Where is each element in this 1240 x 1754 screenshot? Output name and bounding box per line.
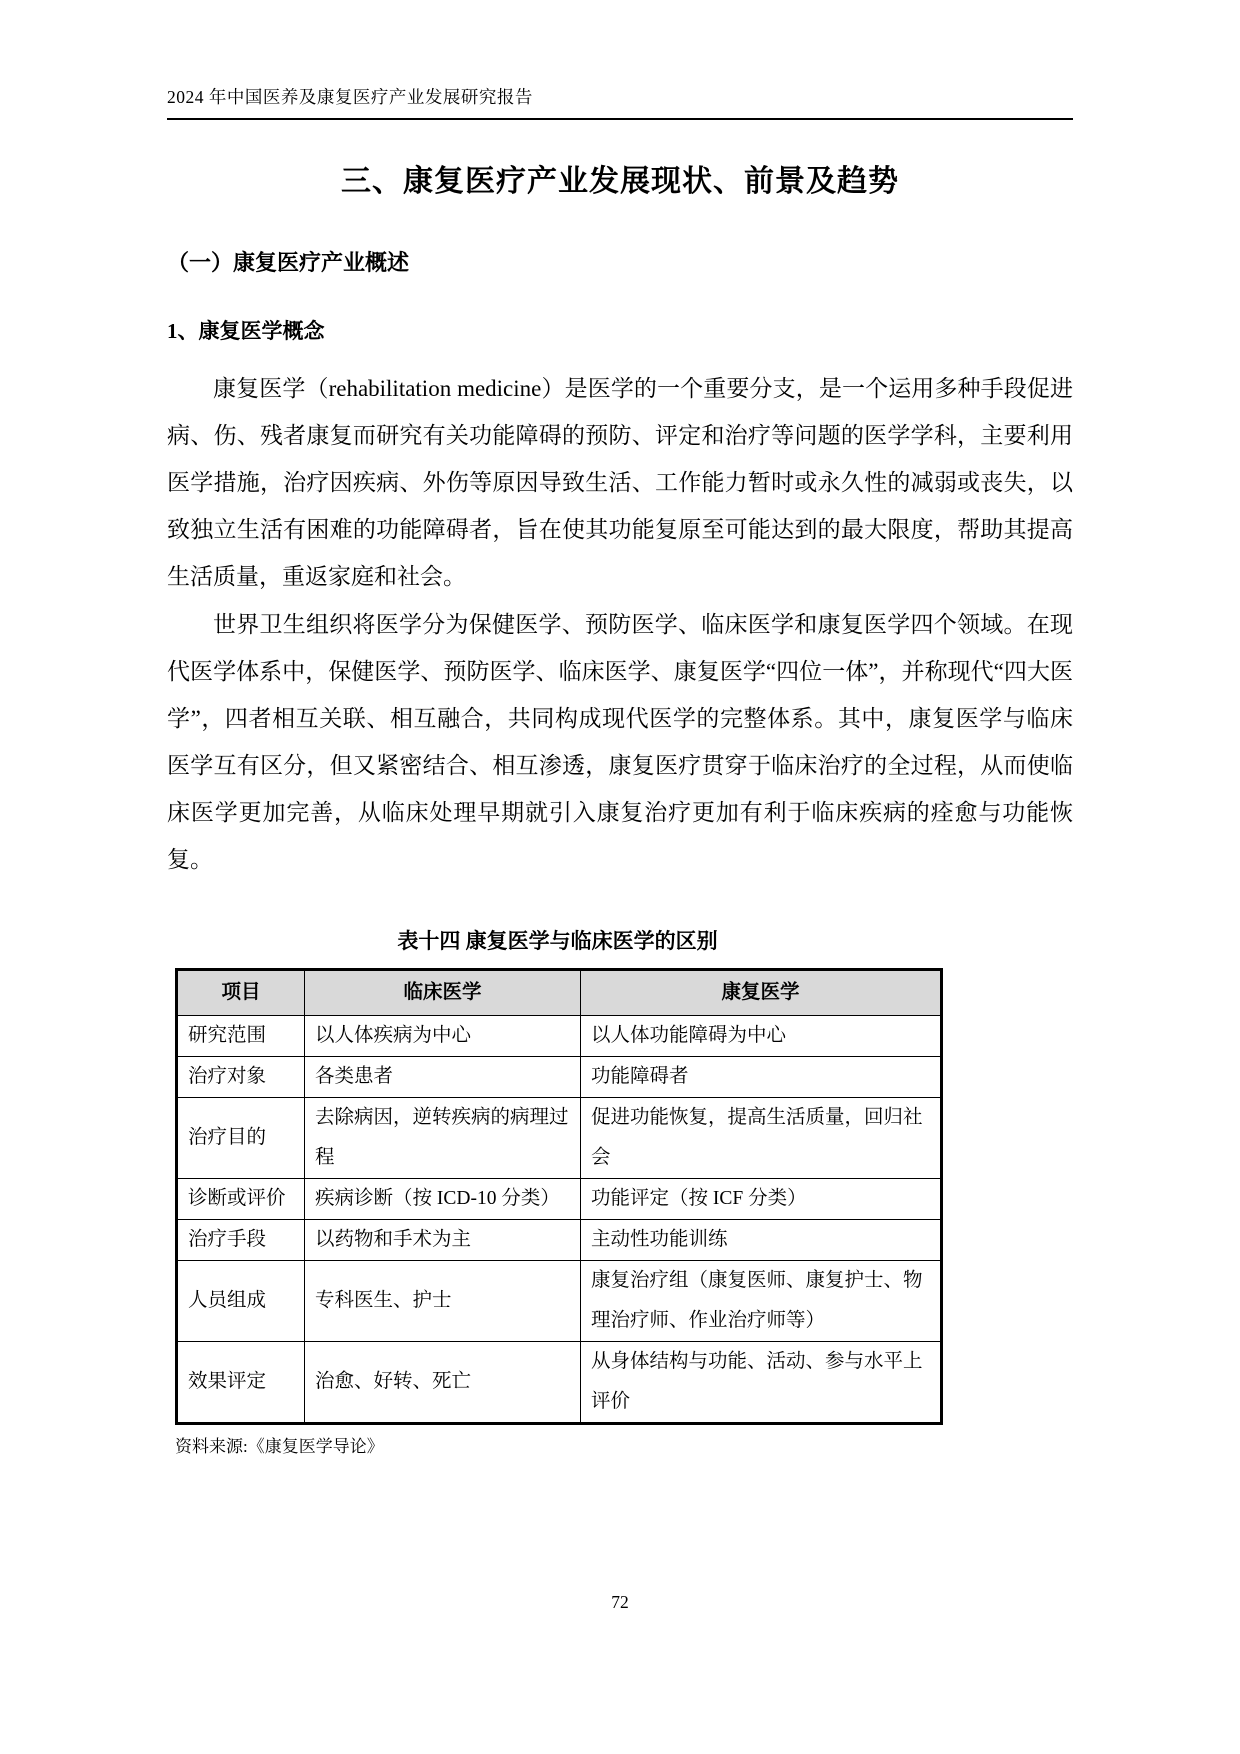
- table-source-note: 资料来源:《康复医学导论》: [175, 1432, 940, 1457]
- paragraph-who-classification: 世界卫生组织将医学分为保健医学、预防医学、临床医学和康复医学四个领域。在现代医学…: [167, 601, 1073, 883]
- cell-clinical: 专科医生、护士: [305, 1261, 581, 1342]
- chapter-title: 三、康复医疗产业发展现状、前景及趋势: [167, 156, 1073, 200]
- row-label: 治疗对象: [177, 1057, 305, 1098]
- table-block: 表十四 康复医学与临床医学的区别 项目 临床医学 康复医学 研究范围 以人体疾病…: [175, 925, 940, 1457]
- cell-rehab: 促进功能恢复，提高生活质量，回归社会: [581, 1098, 942, 1179]
- table-caption: 表十四 康复医学与临床医学的区别: [175, 925, 940, 955]
- column-header-clinical-medicine: 临床医学: [305, 970, 581, 1016]
- cell-clinical: 去除病因，逆转疾病的病理过程: [305, 1098, 581, 1179]
- cell-clinical: 以人体疾病为中心: [305, 1016, 581, 1057]
- paragraph-definition: 康复医学（rehabilitation medicine）是医学的一个重要分支，…: [167, 365, 1073, 600]
- row-label: 效果评定: [177, 1342, 305, 1424]
- row-label: 研究范围: [177, 1016, 305, 1057]
- table-row: 研究范围 以人体疾病为中心 以人体功能障碍为中心: [177, 1016, 942, 1057]
- column-header-item: 项目: [177, 970, 305, 1016]
- table-row: 人员组成 专科医生、护士 康复治疗组（康复医师、康复护士、物理治疗师、作业治疗师…: [177, 1261, 942, 1342]
- document-page: 2024 年中国医养及康复医疗产业发展研究报告 三、康复医疗产业发展现状、前景及…: [0, 0, 1240, 1754]
- table-row: 诊断或评价 疾病诊断（按 ICD-10 分类） 功能评定（按 ICF 分类）: [177, 1179, 942, 1220]
- table-row: 治疗手段 以药物和手术为主 主动性功能训练: [177, 1220, 942, 1261]
- cell-clinical: 疾病诊断（按 ICD-10 分类）: [305, 1179, 581, 1220]
- row-label: 治疗目的: [177, 1098, 305, 1179]
- row-label: 诊断或评价: [177, 1179, 305, 1220]
- cell-clinical: 各类患者: [305, 1057, 581, 1098]
- subsection-heading: 1、康复医学概念: [167, 315, 1073, 345]
- cell-rehab: 主动性功能训练: [581, 1220, 942, 1261]
- comparison-table: 项目 临床医学 康复医学 研究范围 以人体疾病为中心 以人体功能障碍为中心 治疗…: [175, 968, 943, 1425]
- cell-rehab: 从身体结构与功能、活动、参与水平上评价: [581, 1342, 942, 1424]
- table-row: 治疗对象 各类患者 功能障碍者: [177, 1057, 942, 1098]
- cell-rehab: 功能障碍者: [581, 1057, 942, 1098]
- cell-rehab: 功能评定（按 ICF 分类）: [581, 1179, 942, 1220]
- page-number: 72: [0, 1592, 1240, 1613]
- cell-clinical: 以药物和手术为主: [305, 1220, 581, 1261]
- cell-rehab: 康复治疗组（康复医师、康复护士、物理治疗师、作业治疗师等）: [581, 1261, 942, 1342]
- running-header: 2024 年中国医养及康复医疗产业发展研究报告: [167, 84, 1073, 120]
- row-label: 治疗手段: [177, 1220, 305, 1261]
- table-row: 治疗目的 去除病因，逆转疾病的病理过程 促进功能恢复，提高生活质量，回归社会: [177, 1098, 942, 1179]
- row-label: 人员组成: [177, 1261, 305, 1342]
- column-header-rehabilitation-medicine: 康复医学: [581, 970, 942, 1016]
- table-header-row: 项目 临床医学 康复医学: [177, 970, 942, 1016]
- cell-clinical: 治愈、好转、死亡: [305, 1342, 581, 1424]
- cell-rehab: 以人体功能障碍为中心: [581, 1016, 942, 1057]
- section-heading: （一）康复医疗产业概述: [167, 246, 1073, 277]
- table-row: 效果评定 治愈、好转、死亡 从身体结构与功能、活动、参与水平上评价: [177, 1342, 942, 1424]
